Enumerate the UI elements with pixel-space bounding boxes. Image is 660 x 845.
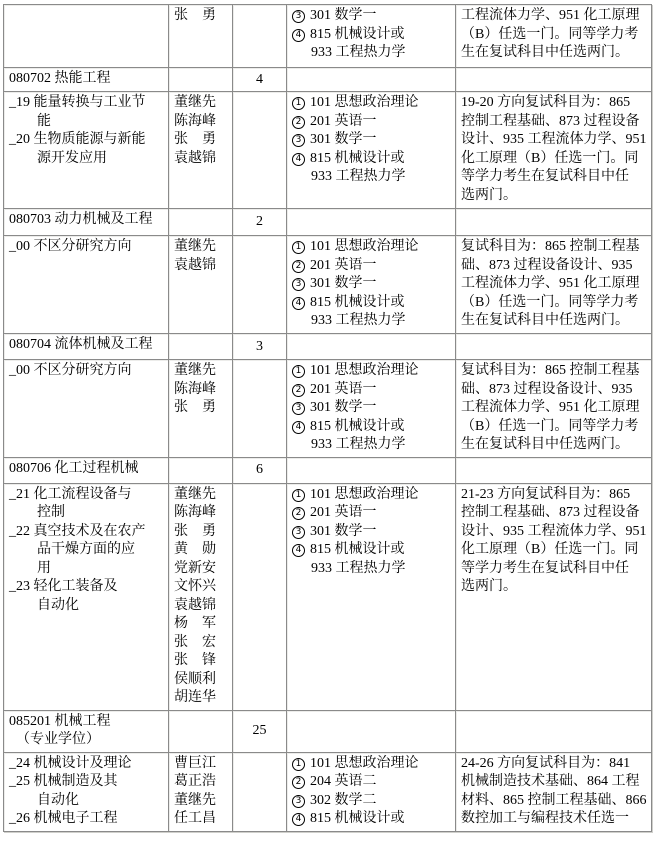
- circled-number: 2: [292, 384, 305, 397]
- cell-direction: 080702 热能工程: [3, 67, 168, 91]
- subject-line: 2201 英语一: [292, 257, 452, 276]
- cell-subjects: [286, 457, 455, 483]
- advisor-name: 黄 勋: [174, 541, 229, 560]
- advisor-name: 任工昌: [174, 810, 229, 829]
- remark-line: 础、873 过程设备设计、935: [461, 381, 648, 400]
- subject-line: 2201 英语一: [292, 113, 452, 132]
- cell-subjects: 1101 思想政治理论2201 英语一3301 数学一4815 机械设计或933…: [286, 91, 455, 208]
- circled-number: 2: [292, 116, 305, 129]
- cell-remarks: 21-23 方向复试科目为：865控制工程基础、873 过程设备设计、935 工…: [455, 483, 651, 710]
- subject-line: 933 工程热力学: [292, 44, 452, 63]
- cell-remarks: 工程流体力学、951 化工原理（B）任选一门。同等学力考生在复试科目中任选两门。: [455, 4, 651, 67]
- advisor-name: 杨 军: [174, 615, 229, 634]
- cell-quota: [232, 235, 286, 333]
- remark-line: （B）任选一门。同等学力考: [461, 294, 648, 313]
- quota-value: 25: [235, 723, 284, 739]
- remark-line: 材料、865 控制工程基础、866: [461, 792, 648, 811]
- cell-remarks: 复试科目为：865 控制工程基础、873 过程设备设计、935工程流体力学、95…: [455, 359, 651, 457]
- subject-line: 3301 数学一: [292, 399, 452, 418]
- subject-text: 201 英语一: [310, 114, 377, 129]
- direction-line: _20 生物质能源与新能: [9, 131, 165, 150]
- direction-line: 080704 流体机械及工程: [9, 336, 165, 355]
- subject-text: 101 思想政治理论: [310, 756, 419, 771]
- subject-text: 301 数学一: [310, 524, 377, 539]
- advisor-name: 张 勇: [174, 399, 229, 418]
- advisor-name: 胡连华: [174, 689, 229, 708]
- direction-line: 源开发应用: [9, 150, 165, 169]
- remark-line: 工程流体力学、951 化工原理: [461, 399, 648, 418]
- subject-line: 2204 英语二: [292, 773, 452, 792]
- cell-subjects: [286, 333, 455, 359]
- cell-remarks: [455, 208, 651, 235]
- section-row: 080703 动力机械及工程2: [3, 208, 651, 235]
- direction-row: _24 机械设计及理论_25 机械制造及其 自动化_26 机械电子工程曹巨江葛正…: [3, 752, 651, 831]
- cell-remarks: 19-20 方向复试科目为：865控制工程基础、873 过程设备设计、935 工…: [455, 91, 651, 208]
- subject-text: 302 数学二: [310, 793, 377, 808]
- cell-advisors: 董继先陈海峰张 勇黄 勋党新安文怀兴袁越锦杨 军张 宏张 锋侯顺利胡连华: [168, 483, 232, 710]
- advisor-name: 张 勇: [174, 7, 229, 26]
- circled-number: 1: [292, 489, 305, 502]
- cell-remarks: [455, 67, 651, 91]
- circled-number: 4: [292, 153, 305, 166]
- cell-quota: 2: [232, 208, 286, 235]
- subject-line: 3301 数学一: [292, 7, 452, 26]
- cell-remarks: 复试科目为：865 控制工程基础、873 过程设备设计、935工程流体力学、95…: [455, 235, 651, 333]
- quota-value: 3: [235, 339, 284, 355]
- cell-quota: 6: [232, 457, 286, 483]
- subject-line: 1101 思想政治理论: [292, 94, 452, 113]
- subject-line: 1101 思想政治理论: [292, 362, 452, 381]
- remark-line: 21-23 方向复试科目为：865: [461, 486, 648, 505]
- subject-text: 101 思想政治理论: [310, 363, 419, 378]
- subject-text: 301 数学一: [310, 400, 377, 415]
- remark-line: 设计、935 工程流体力学、951: [461, 131, 648, 150]
- direction-line: _22 真空技术及在农产: [9, 523, 165, 542]
- direction-line: 080702 热能工程: [9, 70, 165, 89]
- advisor-name: 陈海峰: [174, 113, 229, 132]
- circled-number: 4: [292, 813, 305, 826]
- direction-line: _23 轻化工装备及: [9, 578, 165, 597]
- advisor-name: 葛正浩: [174, 773, 229, 792]
- advisor-name: 曹巨江: [174, 755, 229, 774]
- cell-advisors: 张 勇: [168, 4, 232, 67]
- circled-number: 4: [292, 29, 305, 42]
- subject-line: 4815 机械设计或: [292, 541, 452, 560]
- section-row: 080704 流体机械及工程3: [3, 333, 651, 359]
- remark-line: 生在复试科目中任选两门。: [461, 44, 648, 63]
- subject-text: 815 机械设计或: [310, 295, 405, 310]
- subject-line: 4815 机械设计或: [292, 26, 452, 45]
- circled-number: 4: [292, 421, 305, 434]
- cell-subjects: 3301 数学一4815 机械设计或933 工程热力学: [286, 4, 455, 67]
- subject-text: 933 工程热力学: [311, 313, 406, 328]
- subject-text: 101 思想政治理论: [310, 239, 419, 254]
- advisor-name: 袁越锦: [174, 597, 229, 616]
- cell-direction: 085201 机械工程 （专业学位）: [3, 710, 168, 752]
- direction-row: _00 不区分研究方向董继先陈海峰张 勇1101 思想政治理论2201 英语一3…: [3, 359, 651, 457]
- advisor-name: 董继先: [174, 792, 229, 811]
- subject-line: 2201 英语一: [292, 381, 452, 400]
- remark-line: 机械制造技术基础、864 工程: [461, 773, 648, 792]
- section-row: 080702 热能工程4: [3, 67, 651, 91]
- circled-number: 3: [292, 795, 305, 808]
- cell-advisors: [168, 333, 232, 359]
- advisor-name: 侯顺利: [174, 671, 229, 690]
- direction-line: 能: [9, 113, 165, 132]
- cell-direction: _19 能量转换与工业节 能_20 生物质能源与新能 源开发应用: [3, 91, 168, 208]
- quota-value: 6: [235, 462, 284, 478]
- admissions-table: 张 勇3301 数学一4815 机械设计或933 工程热力学工程流体力学、951…: [3, 4, 652, 832]
- cell-quota: 4: [232, 67, 286, 91]
- cell-direction: _00 不区分研究方向: [3, 235, 168, 333]
- subject-text: 201 英语一: [310, 258, 377, 273]
- cell-advisors: 曹巨江葛正浩董继先任工昌: [168, 752, 232, 831]
- subject-line: 1101 思想政治理论: [292, 238, 452, 257]
- advisor-name: 袁越锦: [174, 257, 229, 276]
- subject-text: 815 机械设计或: [310, 542, 405, 557]
- remark-line: 工程流体力学、951 化工原理: [461, 7, 648, 26]
- subject-text: 815 机械设计或: [310, 811, 405, 826]
- direction-line: _19 能量转换与工业节: [9, 94, 165, 113]
- subject-line: 933 工程热力学: [292, 312, 452, 331]
- remark-line: 选两门。: [461, 578, 648, 597]
- remark-line: 复试科目为：865 控制工程基: [461, 362, 648, 381]
- advisor-name: 张 勇: [174, 523, 229, 542]
- section-row: 085201 机械工程 （专业学位）25: [3, 710, 651, 752]
- circled-number: 2: [292, 260, 305, 273]
- direction-row: _21 化工流程设备与 控制_22 真空技术及在农产 品干燥方面的应 用_23 …: [3, 483, 651, 710]
- cell-quota: [232, 752, 286, 831]
- circled-number: 4: [292, 544, 305, 557]
- remark-line: 等学力考生在复试科目中任: [461, 168, 648, 187]
- subject-line: 933 工程热力学: [292, 436, 452, 455]
- subject-text: 815 机械设计或: [310, 151, 405, 166]
- remark-line: 础、873 过程设备设计、935: [461, 257, 648, 276]
- advisor-name: 张 宏: [174, 634, 229, 653]
- subject-line: 1101 思想政治理论: [292, 486, 452, 505]
- cell-quota: [232, 4, 286, 67]
- cell-advisors: [168, 208, 232, 235]
- cell-remarks: [455, 710, 651, 752]
- table-body: 张 勇3301 数学一4815 机械设计或933 工程热力学工程流体力学、951…: [3, 4, 651, 831]
- remark-line: （B）任选一门。同等学力考: [461, 418, 648, 437]
- cell-direction: 080706 化工过程机械: [3, 457, 168, 483]
- cell-direction: [3, 4, 168, 67]
- remark-line: （B）任选一门。同等学力考: [461, 26, 648, 45]
- direction-line: _24 机械设计及理论: [9, 755, 165, 774]
- circled-number: 3: [292, 10, 305, 23]
- advisor-name: 陈海峰: [174, 381, 229, 400]
- subject-line: 3301 数学一: [292, 523, 452, 542]
- remark-line: 19-20 方向复试科目为：865: [461, 94, 648, 113]
- cell-advisors: 董继先袁越锦: [168, 235, 232, 333]
- cell-direction: _00 不区分研究方向: [3, 359, 168, 457]
- subject-text: 933 工程热力学: [311, 45, 406, 60]
- advisor-name: 文怀兴: [174, 578, 229, 597]
- remark-line: 设计、935 工程流体力学、951: [461, 523, 648, 542]
- advisor-name: 袁越锦: [174, 150, 229, 169]
- circled-number: 1: [292, 758, 305, 771]
- circled-number: 3: [292, 402, 305, 415]
- direction-line: _21 化工流程设备与: [9, 486, 165, 505]
- advisor-name: 张 锋: [174, 652, 229, 671]
- remark-line: 24-26 方向复试科目为：841: [461, 755, 648, 774]
- cell-advisors: [168, 457, 232, 483]
- advisor-name: 董继先: [174, 94, 229, 113]
- direction-row: _00 不区分研究方向董继先袁越锦1101 思想政治理论2201 英语一3301…: [3, 235, 651, 333]
- cell-advisors: [168, 710, 232, 752]
- cell-advisors: 董继先陈海峰张 勇袁越锦: [168, 91, 232, 208]
- subject-line: 4815 机械设计或: [292, 150, 452, 169]
- cell-subjects: 1101 思想政治理论2204 英语二3302 数学二4815 机械设计或: [286, 752, 455, 831]
- advisor-name: 陈海峰: [174, 504, 229, 523]
- subject-line: 3301 数学一: [292, 131, 452, 150]
- cell-subjects: 1101 思想政治理论2201 英语一3301 数学一4815 机械设计或933…: [286, 359, 455, 457]
- subject-line: 4815 机械设计或: [292, 418, 452, 437]
- subject-text: 815 机械设计或: [310, 419, 405, 434]
- subject-text: 301 数学一: [310, 8, 377, 23]
- cell-quota: 25: [232, 710, 286, 752]
- cell-quota: [232, 359, 286, 457]
- subject-text: 201 英语一: [310, 382, 377, 397]
- direction-line: 控制: [9, 504, 165, 523]
- remark-line: 化工原理（B）任选一门。同: [461, 150, 648, 169]
- cell-quota: 3: [232, 333, 286, 359]
- remark-line: 控制工程基础、873 过程设备: [461, 113, 648, 132]
- remark-line: 工程流体力学、951 化工原理: [461, 275, 648, 294]
- cell-quota: [232, 91, 286, 208]
- subject-text: 933 工程热力学: [311, 437, 406, 452]
- subject-text: 933 工程热力学: [311, 561, 406, 576]
- direction-line: _25 机械制造及其: [9, 773, 165, 792]
- admissions-catalog-page: 张 勇3301 数学一4815 机械设计或933 工程热力学工程流体力学、951…: [0, 0, 660, 832]
- subject-line: 2201 英语一: [292, 504, 452, 523]
- cell-subjects: 1101 思想政治理论2201 英语一3301 数学一4815 机械设计或933…: [286, 235, 455, 333]
- circled-number: 2: [292, 507, 305, 520]
- direction-line: 085201 机械工程: [9, 713, 165, 732]
- subject-line: 933 工程热力学: [292, 560, 452, 579]
- subject-text: 301 数学一: [310, 276, 377, 291]
- cell-direction: _24 机械设计及理论_25 机械制造及其 自动化_26 机械电子工程: [3, 752, 168, 831]
- circled-number: 1: [292, 241, 305, 254]
- section-row: 080706 化工过程机械6: [3, 457, 651, 483]
- circled-number: 3: [292, 526, 305, 539]
- direction-line: （专业学位）: [9, 731, 165, 750]
- cell-advisors: [168, 67, 232, 91]
- remark-line: 控制工程基础、873 过程设备: [461, 504, 648, 523]
- direction-line: 080703 动力机械及工程: [9, 211, 165, 230]
- subject-line: 3302 数学二: [292, 792, 452, 811]
- subject-text: 101 思想政治理论: [310, 487, 419, 502]
- advisor-name: 党新安: [174, 560, 229, 579]
- subject-text: 815 机械设计或: [310, 27, 405, 42]
- direction-row: _19 能量转换与工业节 能_20 生物质能源与新能 源开发应用董继先陈海峰张 …: [3, 91, 651, 208]
- remark-line: 数控加工与编程技术任选一: [461, 810, 648, 829]
- remark-line: 生在复试科目中任选两门。: [461, 312, 648, 331]
- direction-line: 品干燥方面的应: [9, 541, 165, 560]
- cell-direction: 080703 动力机械及工程: [3, 208, 168, 235]
- subject-line: 3301 数学一: [292, 275, 452, 294]
- subject-line: 4815 机械设计或: [292, 294, 452, 313]
- circled-number: 1: [292, 97, 305, 110]
- direction-line: 080706 化工过程机械: [9, 460, 165, 479]
- direction-line: 自动化: [9, 792, 165, 811]
- advisor-name: 董继先: [174, 486, 229, 505]
- cell-advisors: 董继先陈海峰张 勇: [168, 359, 232, 457]
- direction-line: _00 不区分研究方向: [9, 362, 165, 381]
- subject-line: 1101 思想政治理论: [292, 755, 452, 774]
- subject-line: 4815 机械设计或: [292, 810, 452, 829]
- continuation-direction-row: 张 勇3301 数学一4815 机械设计或933 工程热力学工程流体力学、951…: [3, 4, 651, 67]
- remark-line: 化工原理（B）任选一门。同: [461, 541, 648, 560]
- remark-line: 等学力考生在复试科目中任: [461, 560, 648, 579]
- cell-direction: 080704 流体机械及工程: [3, 333, 168, 359]
- quota-value: 4: [235, 72, 284, 88]
- circled-number: 1: [292, 365, 305, 378]
- cell-subjects: [286, 710, 455, 752]
- cell-subjects: [286, 67, 455, 91]
- advisor-name: 董继先: [174, 238, 229, 257]
- circled-number: 2: [292, 776, 305, 789]
- direction-line: _26 机械电子工程: [9, 810, 165, 829]
- circled-number: 3: [292, 134, 305, 147]
- remark-line: 选两门。: [461, 187, 648, 206]
- quota-value: 2: [235, 214, 284, 230]
- cell-subjects: [286, 208, 455, 235]
- cell-subjects: 1101 思想政治理论2201 英语一3301 数学一4815 机械设计或933…: [286, 483, 455, 710]
- cell-remarks: [455, 333, 651, 359]
- direction-line: _00 不区分研究方向: [9, 238, 165, 257]
- circled-number: 3: [292, 278, 305, 291]
- subject-line: 933 工程热力学: [292, 168, 452, 187]
- advisor-name: 张 勇: [174, 131, 229, 150]
- remark-line: 生在复试科目中任选两门。: [461, 436, 648, 455]
- remark-line: 复试科目为：865 控制工程基: [461, 238, 648, 257]
- advisor-name: 董继先: [174, 362, 229, 381]
- subject-text: 201 英语一: [310, 505, 377, 520]
- cell-remarks: 24-26 方向复试科目为：841机械制造技术基础、864 工程材料、865 控…: [455, 752, 651, 831]
- subject-text: 204 英语二: [310, 774, 377, 789]
- cell-quota: [232, 483, 286, 710]
- direction-line: 用: [9, 560, 165, 579]
- cell-remarks: [455, 457, 651, 483]
- direction-line: 自动化: [9, 597, 165, 616]
- subject-text: 933 工程热力学: [311, 169, 406, 184]
- subject-text: 101 思想政治理论: [310, 95, 419, 110]
- cell-direction: _21 化工流程设备与 控制_22 真空技术及在农产 品干燥方面的应 用_23 …: [3, 483, 168, 710]
- circled-number: 4: [292, 297, 305, 310]
- subject-text: 301 数学一: [310, 132, 377, 147]
